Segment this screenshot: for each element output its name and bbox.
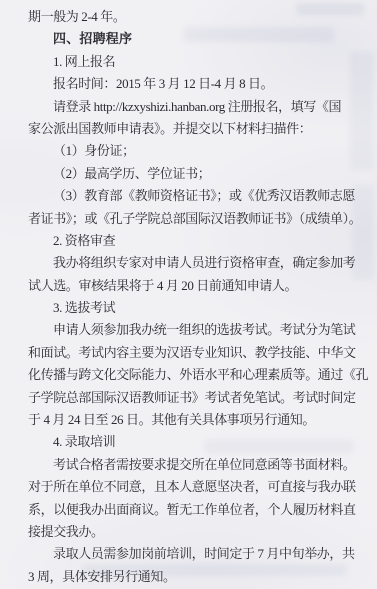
document-line: 录取人员需参加岗前培训，时间定于 7 月中旬举办，共 [28,543,353,565]
document-line: 者证书》；或《孔子学院总部国际汉语教师证书》（成绩单）。 [28,208,353,230]
document-line: （1）身份证； [28,140,353,162]
document-line: 2. 资格审查 [28,230,353,252]
document-line: 接提交我办。 [28,521,353,543]
document-line: 子学院总部国际汉语教师证书》考试者免笔试。考试时间定 [28,387,353,409]
document-line: 家公派出国教师申请表》。并提交以下材料扫描件： [28,118,353,140]
document-line: 我办将组织专家对申请人员进行资格审查，确定参加考 [28,252,353,274]
document-line: 1. 网上报名 [28,51,353,73]
document-line: （3）教育部《教师资格证书》；或《优秀汉语教师志愿 [28,185,353,207]
document-line: 3 周，具体安排另行通知。 [28,566,353,588]
document-line: 系，以便我办出面商议。暂无工作单位者，个人履历材料直 [28,499,353,521]
scanned-document-page: 期一般为 2-4 年。四、招聘程序1. 网上报名报名时间：2015 年 3 月 … [0,0,377,589]
document-line: 对于所在单位不同意，且本人意愿坚决者，可直接与我办联 [28,476,353,498]
document-line: 考试合格者需按要求提交所在单位同意函等书面材料。 [28,454,353,476]
document-line: 报名时间：2015 年 3 月 12 日-4 月 8 日。 [28,73,353,95]
document-line: 申请人须参加我办统一组织的选拔考试。考试分为笔试 [28,319,353,341]
document-line: 试人选。审核结果将于 4 月 20 日前通知申请人。 [28,275,353,297]
document-body: 期一般为 2-4 年。四、招聘程序1. 网上报名报名时间：2015 年 3 月 … [28,6,353,588]
document-line: （2）最高学历、学位证书； [28,163,353,185]
document-line: 期一般为 2-4 年。 [28,6,353,28]
document-line: 化传播与跨文化交际能力、外语水平和心理素质等。通过《孔 [28,364,353,386]
document-line: 4. 录取培训 [28,431,353,453]
bleedthrough-smudge [350,52,374,170]
document-line: 请登录 http://kzxyshizi.hanban.org 注册报名，填写《… [28,96,353,118]
document-line: 和面试。考试内容主要为汉语专业知识、教学技能、中华文 [28,342,353,364]
document-line: 于 4 月 24 日至 26 日。其他有关具体事项另行通知。 [28,409,353,431]
document-line: 3. 选拔考试 [28,297,353,319]
section-heading: 四、招聘程序 [28,28,353,50]
